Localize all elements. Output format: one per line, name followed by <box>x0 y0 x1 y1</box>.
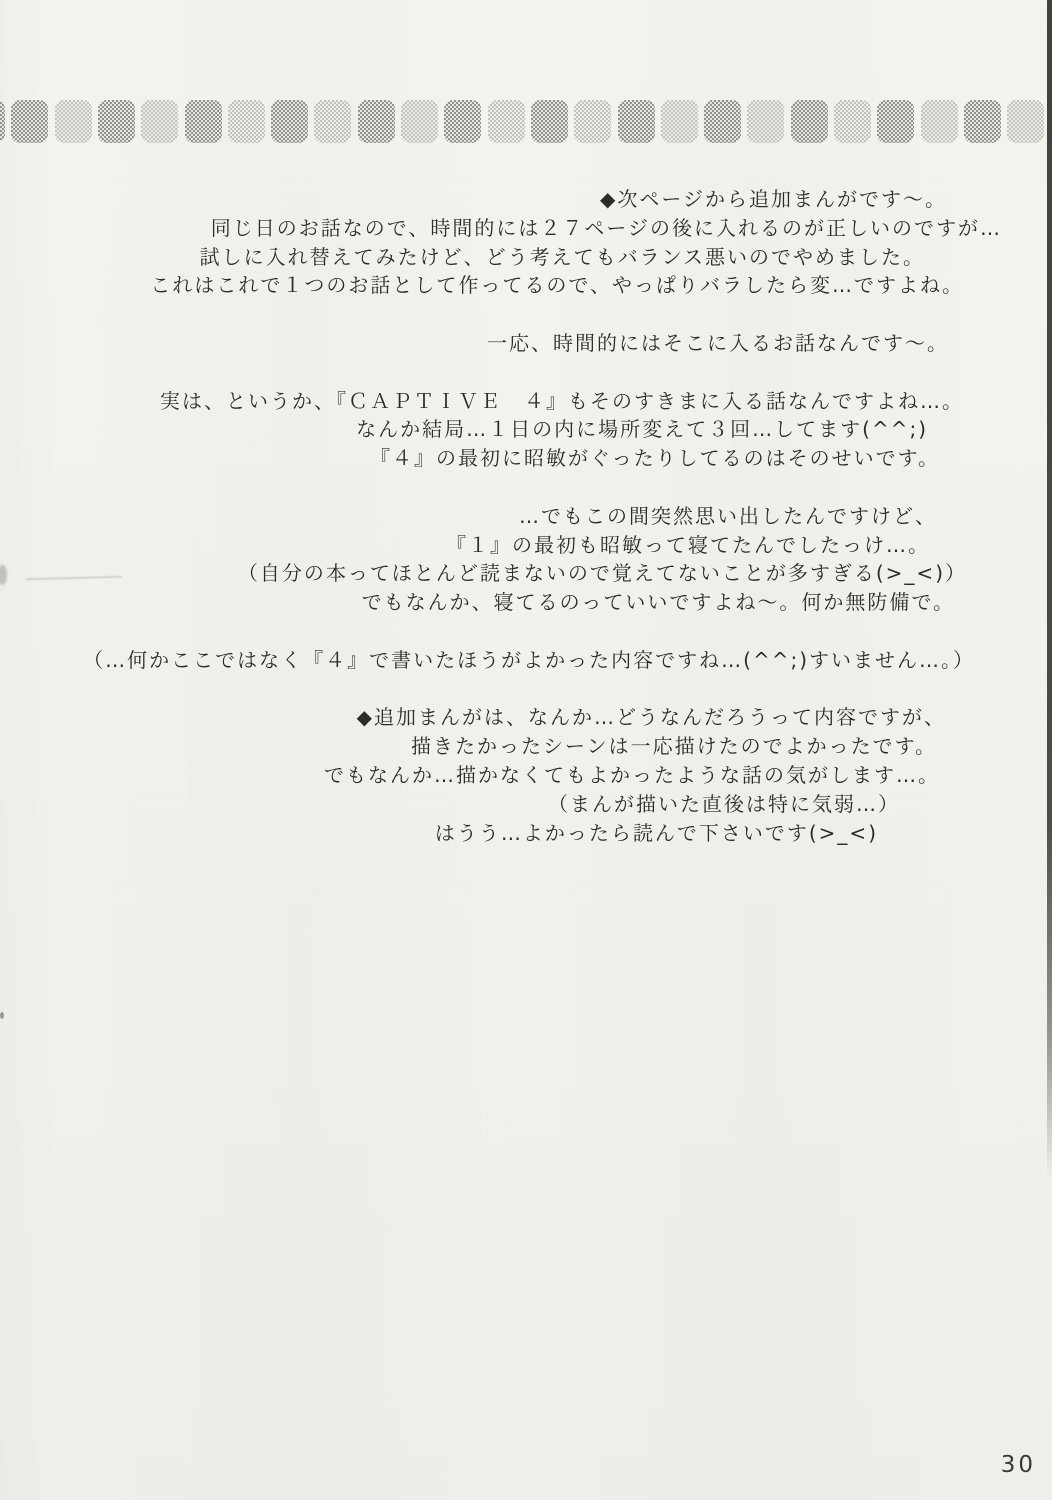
pattern-square <box>704 100 741 143</box>
pattern-square <box>964 100 1001 143</box>
pattern-square <box>444 100 481 143</box>
pattern-square <box>98 100 135 143</box>
pattern-square <box>0 100 5 143</box>
pattern-square <box>401 100 438 143</box>
text-line: でもなんか、寝てるのっていいですよね～。何か無防備で。 <box>0 588 1052 617</box>
afterword-paragraph: 一応、時間的にはそこに入るお話なんです～。 <box>0 329 1052 358</box>
text-line: …でもこの間突然思い出したんですけど、 <box>0 502 1052 531</box>
pattern-square <box>11 100 48 143</box>
pattern-square <box>877 100 914 143</box>
pattern-square <box>574 100 611 143</box>
pattern-square <box>1007 100 1044 143</box>
pattern-square <box>358 100 395 143</box>
scan-speck <box>0 1012 4 1019</box>
page-number: 30 <box>1001 1452 1036 1478</box>
text-line: 試しに入れ替えてみたけど、どう考えてもバランス悪いのでやめました。 <box>0 243 1052 272</box>
pattern-square <box>531 100 568 143</box>
pattern-square <box>488 100 525 143</box>
pattern-square <box>228 100 265 143</box>
text-line: （…何かここではなく『４』で書いたほうがよかった内容ですね…(^^;)すいません… <box>0 646 1052 675</box>
pattern-square <box>921 100 958 143</box>
pattern-square <box>618 100 655 143</box>
text-line: 実は、というか、『ＣＡＰＴＩＶＥ ４』もそのすきまに入る話なんですよね…。 <box>0 387 1052 416</box>
pattern-square <box>271 100 308 143</box>
text-line: ◆次ページから追加まんがです～。 <box>0 185 1052 214</box>
afterword-paragraph: …でもこの間突然思い出したんですけど、『１』の最初も昭敏って寝てたんでしたっけ…… <box>0 502 1052 617</box>
text-line: （自分の本ってほとんど読まないので覚えてないことが多すぎる(>_<)） <box>0 559 1052 588</box>
text-line: なんか結局…１日の内に場所変えて３回…してます(^^;) <box>0 415 1052 444</box>
text-line: 『４』の最初に昭敏がぐったりしてるのはそのせいです。 <box>0 444 1052 473</box>
scan-edge-shadow <box>1047 0 1052 1180</box>
afterword-text-block: ◆次ページから追加まんがです～。同じ日のお話なので、時間的には２７ページの後に入… <box>0 185 1052 847</box>
pattern-square <box>834 100 871 143</box>
pattern-square <box>55 100 92 143</box>
text-line: 描きたかったシーンは一応描けたのでよかったです。 <box>0 732 1052 761</box>
pattern-square <box>747 100 784 143</box>
text-line: 一応、時間的にはそこに入るお話なんです～。 <box>0 329 1052 358</box>
pattern-square <box>314 100 351 143</box>
text-line: 同じ日のお話なので、時間的には２７ページの後に入れるのが正しいのですが… <box>0 214 1052 243</box>
afterword-paragraph: （…何かここではなく『４』で書いたほうがよかった内容ですね…(^^;)すいません… <box>0 646 1052 675</box>
text-line: 『１』の最初も昭敏って寝てたんでしたっけ…。 <box>0 531 1052 560</box>
pattern-square <box>791 100 828 143</box>
text-line: これはこれで１つのお話として作ってるので、やっぱりバラしたら変…ですよね。 <box>0 271 1052 300</box>
pattern-square <box>141 100 178 143</box>
text-line: はうう…よかったら読んで下さいです(>_<) <box>0 819 1052 848</box>
afterword-paragraph: ◆追加まんがは、なんか…どうなんだろうって内容ですが、描きたかったシーンは一応描… <box>0 703 1052 847</box>
text-line: でもなんか…描かなくてもよかったような話の気がします…。 <box>0 761 1052 790</box>
text-line: （まんが描いた直後は特に気弱…） <box>0 790 1052 819</box>
pattern-square <box>661 100 698 143</box>
afterword-paragraph: 実は、というか、『ＣＡＰＴＩＶＥ ４』もそのすきまに入る話なんですよね…。なんか… <box>0 387 1052 473</box>
pattern-square <box>185 100 222 143</box>
scanned-doujinshi-page: ◆次ページから追加まんがです～。同じ日のお話なので、時間的には２７ページの後に入… <box>0 0 1052 1500</box>
text-line: ◆追加まんがは、なんか…どうなんだろうって内容ですが、 <box>0 703 1052 732</box>
afterword-paragraph: ◆次ページから追加まんがです～。同じ日のお話なので、時間的には２７ページの後に入… <box>0 185 1052 300</box>
